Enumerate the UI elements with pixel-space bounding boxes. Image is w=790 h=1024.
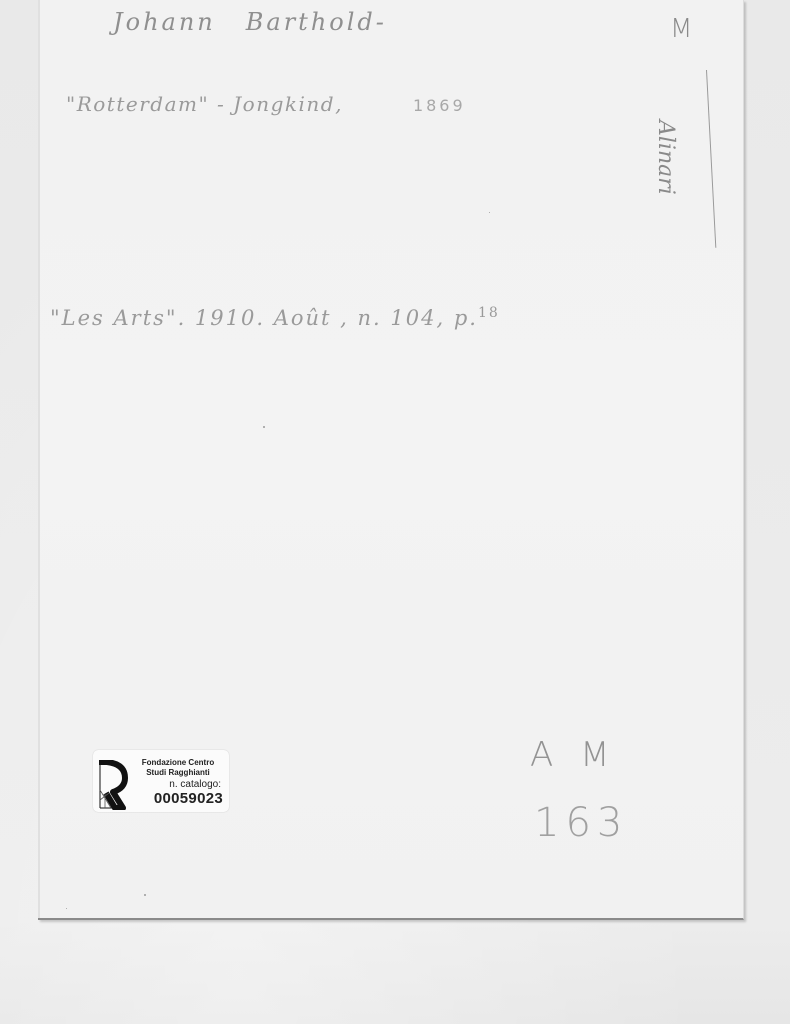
artist-name-handwritten: JohannBarthold- bbox=[113, 8, 387, 36]
corner-mark: M bbox=[670, 14, 693, 44]
photo-verso-sheet: JohannBarthold- "Rotterdam" - Jongkind,1… bbox=[38, 0, 744, 920]
bibliographic-reference-handwritten: "Les Arts". 1910. Août , n. 104, p.18 bbox=[50, 305, 500, 330]
artwork-title-handwritten: "Rotterdam" - Jongkind,1869 bbox=[66, 92, 466, 116]
inventory-prefix: A M bbox=[530, 735, 617, 775]
catalog-number: 00059023 bbox=[131, 791, 225, 807]
artwork-title: "Rotterdam" - Jongkind, bbox=[66, 92, 343, 116]
catalog-label-text: Fondazione Centro Studi Ragghianti n. ca… bbox=[131, 758, 225, 807]
reference-page: 18 bbox=[478, 305, 500, 321]
artist-first-name: Johann bbox=[113, 8, 216, 36]
dust-speck bbox=[144, 894, 146, 896]
artist-second-name: Barthold- bbox=[246, 8, 387, 36]
inventory-number: 163 bbox=[534, 800, 628, 846]
artwork-year: 1869 bbox=[413, 96, 466, 115]
dust-speck bbox=[263, 426, 265, 428]
organization-line-2: Studi Ragghianti bbox=[131, 768, 225, 778]
dust-speck bbox=[489, 212, 490, 213]
vertical-stroke bbox=[706, 70, 716, 248]
dust-speck bbox=[66, 908, 67, 909]
reference-text: "Les Arts". 1910. Août , n. 104, p. bbox=[50, 306, 478, 330]
ragghianti-logo-icon bbox=[97, 760, 129, 810]
vertical-note-handwritten: Alinari bbox=[653, 120, 678, 195]
catalog-label: Fondazione Centro Studi Ragghianti n. ca… bbox=[93, 750, 229, 812]
organization-line-1: Fondazione Centro bbox=[131, 758, 225, 768]
